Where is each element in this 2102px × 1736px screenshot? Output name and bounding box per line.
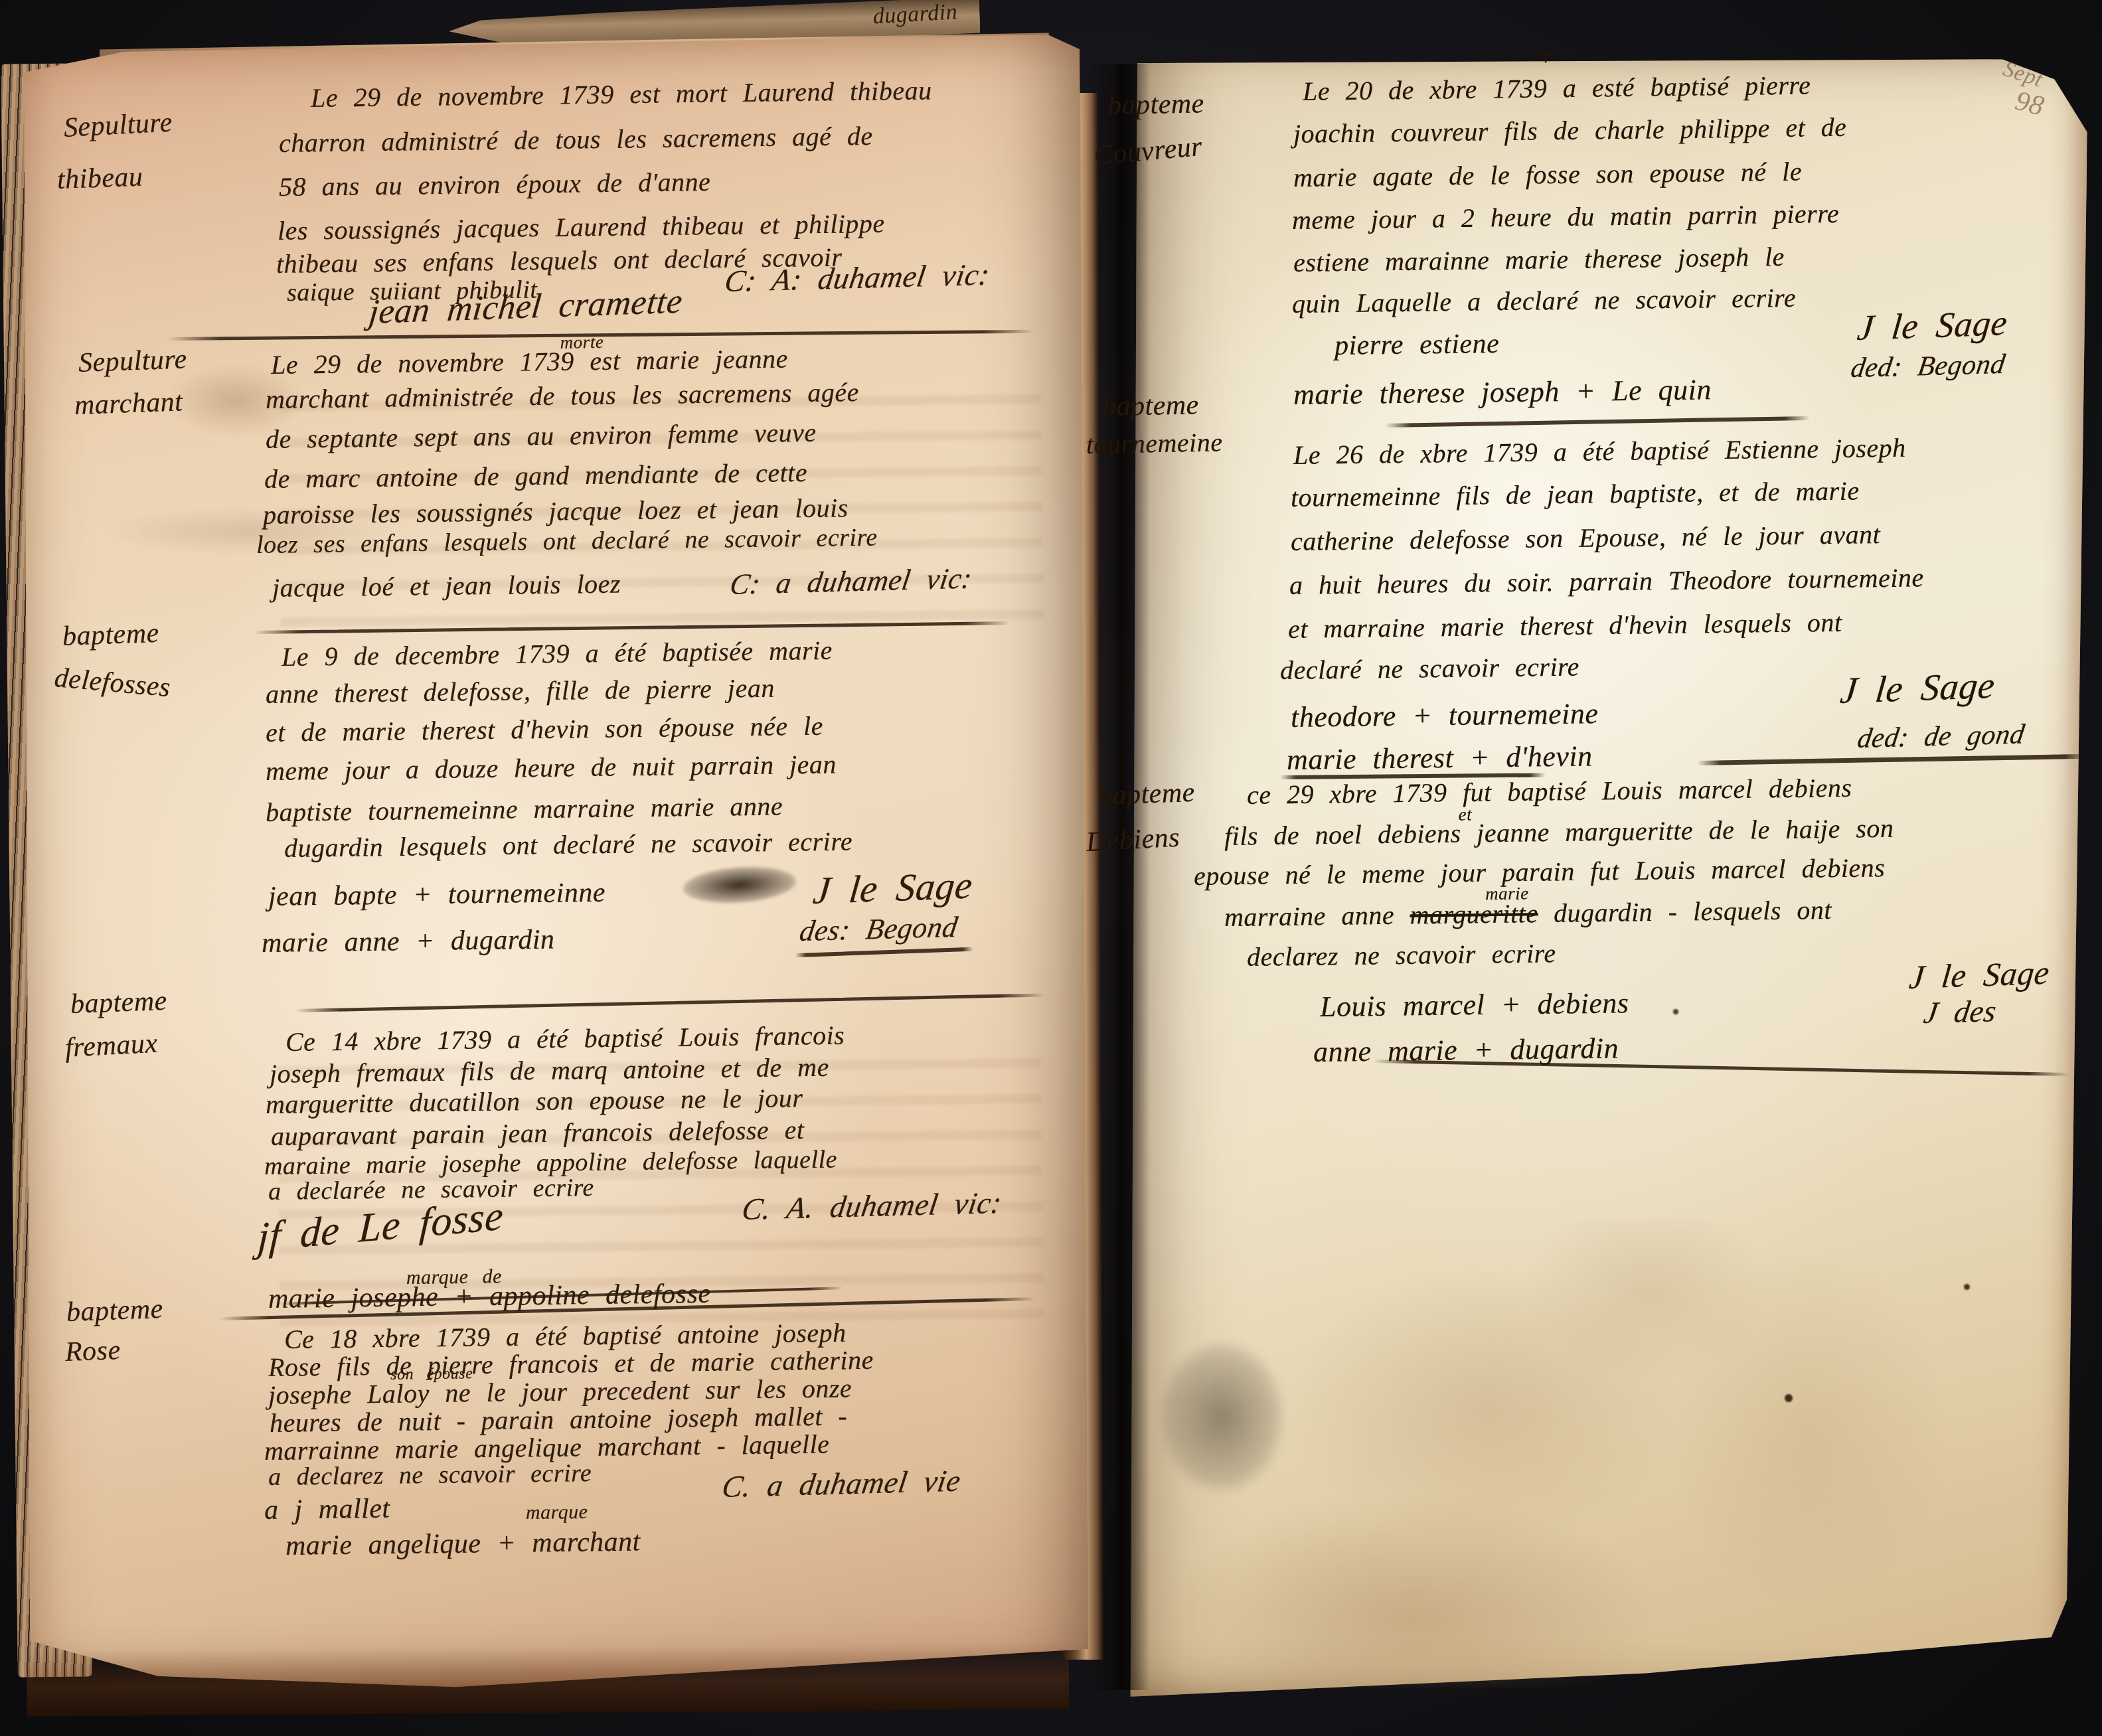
burn-edge-bottom-left [27,1643,1070,1717]
fragment-text: dugardin [872,0,957,30]
entry-line: estiene marainne marie therese joseph le [1293,242,1785,278]
margin-label: bapteme [70,986,167,1020]
entry-line-text: Le 29 de novembre 1739 est marie jeanne [271,343,788,380]
margin-label: marchant [74,386,183,422]
entry-line: a declarez ne scavoir ecrire [268,1459,592,1491]
entry-line: marie agate de le fosse son epouse né le [1293,157,1803,193]
margin-label: bapteme [1102,390,1200,423]
manuscript-scan: { "scene": { "description": "Double-page… [0,0,2102,1736]
entry-line: Le 20 de xbre 1739 a esté baptisé pierre [1303,71,1811,107]
margin-label: fremaux [64,1028,159,1064]
signature: marie angelique + marchant [285,1526,641,1562]
margin-label: bapteme [1097,777,1195,812]
margin-label: Debiens [1086,823,1180,858]
official-signature: des: Begond [797,911,960,948]
signature: Louis marcel + debiens [1320,986,1629,1023]
entry-line: quin Laquelle a declaré ne scavoir ecrir… [1292,283,1797,319]
official-signature: ded: Begond [1848,349,2007,384]
official-signature: C. a duhamel vie [720,1463,963,1504]
margin-label: thibeau [56,161,143,196]
cross-mark: + [1535,39,1556,73]
signature: marie anne + dugardin [262,925,555,959]
entry-line: Le 29 de novembre 1739 est marie jeanne … [271,344,788,380]
entry-line: declaré ne scavoir ecrire [1280,652,1579,685]
official-signature: J le Sage [1838,665,1997,712]
speck [1964,1284,1970,1290]
entry-line-text: marraine anne [1224,900,1410,932]
margin-label: tournemeine [1086,428,1223,459]
marque-note: marque [526,1501,588,1524]
official-signature: J des [1921,994,1998,1030]
speck [1673,1009,1678,1014]
entry-line: anne therest delefosse, fille de pierre … [266,674,775,710]
insertion: son épouse [390,1365,473,1383]
margin-label: bapteme [1107,88,1205,121]
entry-line: jacque loé et jean louis loez [272,570,621,603]
official-signature: C. A. duhamel vic: [740,1186,1004,1227]
entry-line: declarez ne scavoir ecrire [1247,939,1556,972]
entry-line-text: dugardin - lesquels ont [1538,895,1832,928]
official-signature: C: a duhamel vic: [728,562,974,601]
margin-label: bapteme [62,618,159,653]
entry-line: baptiste tournemeinne marraine marie ann… [266,791,783,827]
signature: marie therese joseph + Le quin [1293,373,1712,411]
entry-line: 58 ans au environ époux de d'anne [279,167,711,202]
insertion: morte [560,332,604,353]
margin-label: Sepulture [78,344,187,379]
margin-label: Rose [64,1335,121,1368]
official-signature: J le Sage [1907,954,2052,996]
official-signature: J le Sage [811,864,975,913]
speck [1785,1394,1793,1402]
insertion: et [1458,804,1472,824]
signature: anne marie + dugardin [1313,1032,1619,1068]
official-signature: J le Sage [1856,303,2010,349]
signature: marie therest + d'hevin [1287,740,1593,776]
insertion: marie [1485,883,1529,904]
margin-label: Sepulture [63,107,173,144]
entry-line: pierre estiene [1334,329,1500,362]
margin-label: bapteme [66,1294,163,1328]
signature: jean bapte + tournemeinne [268,878,606,913]
signature: theodore + tournemeine [1291,697,1599,734]
stain-dark-blob [1161,1342,1283,1492]
official-signature: ded: de gond [1855,719,2026,755]
signature: marie josephe + appoline delefosse [268,1279,711,1315]
official-signature: C: A: duhamel vic: [722,257,992,298]
signature: a j mallet [264,1494,390,1526]
